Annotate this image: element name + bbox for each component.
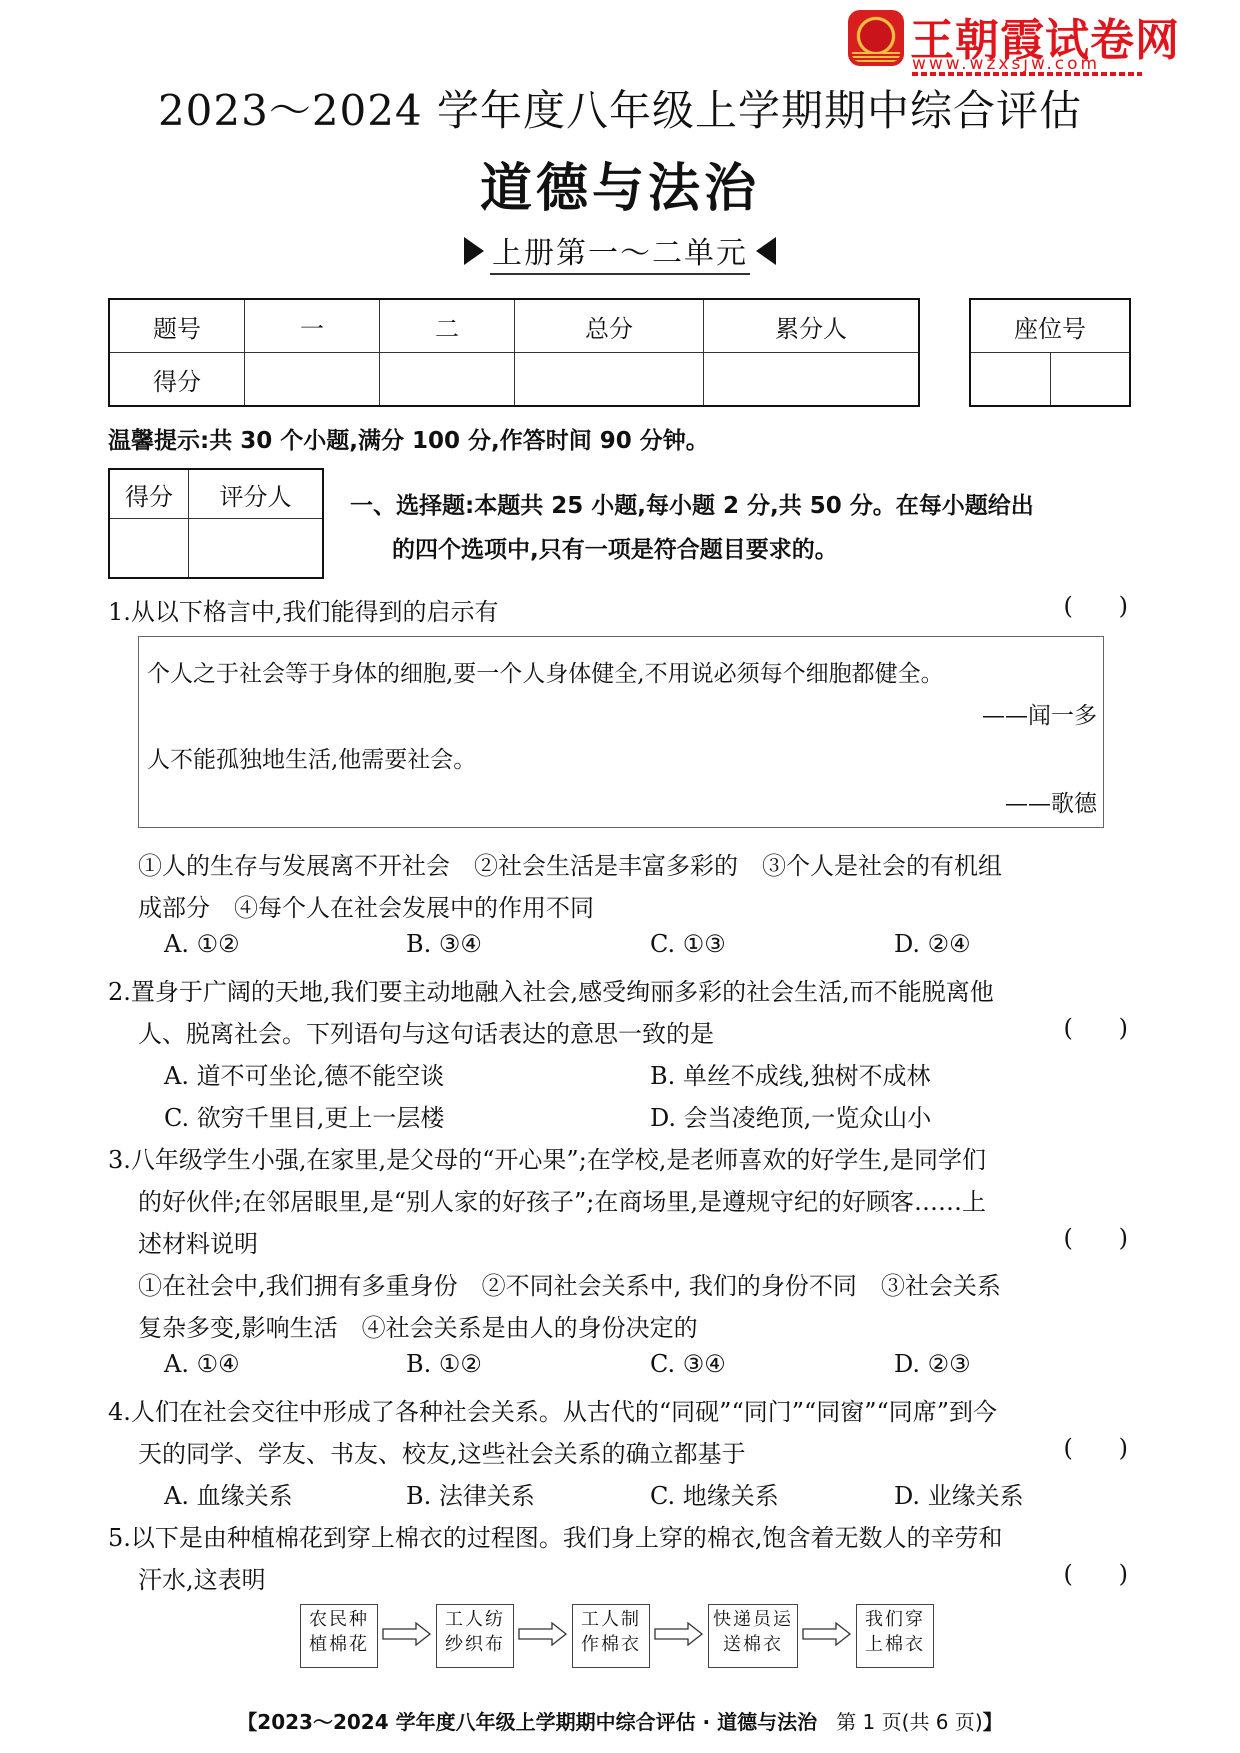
answer-blank[interactable]: ( )	[1064, 1014, 1129, 1042]
question-stem-cont: 天的同学、学友、书友、校友,这些社会关系的确立都基于	[138, 1434, 746, 1469]
option-b[interactable]: B. 法律关系	[406, 1476, 535, 1511]
statement-line: 成部分 ④每个人在社会发展中的作用不同	[138, 888, 594, 923]
question-stem-cont: 汗水,这表明	[138, 1560, 266, 1595]
score-entry-cell[interactable]	[704, 353, 920, 407]
option-b[interactable]: B. ③④	[406, 930, 482, 958]
flow-step-5: 我们穿上棉衣	[856, 1604, 934, 1668]
arrow-right-icon	[518, 1622, 568, 1646]
scope-text: 上册第一～二单元	[490, 236, 750, 275]
flow-step-1: 农民种植棉花	[300, 1604, 378, 1668]
option-a[interactable]: A. ①②	[164, 930, 240, 958]
question-stem: 1.从以下格言中,我们能得到的启示有	[108, 592, 499, 627]
grader-score-label: 得分	[109, 469, 189, 519]
page-number: 第 1 页(共 6 页)	[836, 1710, 982, 1734]
option-c[interactable]: C. ③④	[650, 1350, 726, 1378]
statement-line: ①人的生存与发展离不开社会 ②社会生活是丰富多彩的 ③个人是社会的有机组	[138, 846, 1002, 881]
wave-decoration	[912, 72, 1142, 76]
score-entry-cell[interactable]	[245, 353, 380, 407]
arrow-right-icon	[802, 1622, 852, 1646]
triangle-right-icon	[464, 237, 484, 265]
question-stem-cont: 的好伙伴;在邻居眼里,是“别人家的好孩子”;在商场里,是遵规守纪的好顾客……上	[138, 1182, 986, 1217]
answer-blank[interactable]: ( )	[1064, 592, 1129, 620]
seat-number-table: 座位号	[969, 298, 1131, 407]
arrow-right-icon	[654, 1622, 704, 1646]
section-heading-line2: 的四个选项中,只有一项是符合题目要求的。	[350, 528, 1130, 572]
score-row-label: 得分	[109, 353, 245, 407]
option-c[interactable]: C. ①③	[650, 930, 726, 958]
exam-title: 2023～2024 学年度八年级上学期期中综合评估	[0, 78, 1240, 138]
triangle-left-icon	[756, 237, 776, 265]
quote-text: 个人之于社会等于身体的细胞,要一个人身体健全,不用说必须每个细胞都健全。	[147, 655, 944, 688]
seat-entry-cell[interactable]	[970, 353, 1050, 407]
option-d[interactable]: D. 业缘关系	[894, 1476, 1024, 1511]
question-stem: 4.人们在社会交往中形成了各种社会关系。从古代的“同砚”“同门”“同窗”“同席”…	[108, 1392, 997, 1427]
option-a[interactable]: A. ①④	[164, 1350, 240, 1378]
grader-table: 得分 评分人	[108, 468, 324, 579]
grader-name-cell[interactable]	[189, 519, 324, 579]
grader-score-cell[interactable]	[109, 519, 189, 579]
watermark-url: www.wzxsjw.com	[912, 54, 1100, 74]
arrow-right-icon	[382, 1622, 432, 1646]
question-stem-cont: 人、脱离社会。下列语句与这句话表达的意思一致的是	[138, 1014, 714, 1049]
answer-blank[interactable]: ( )	[1064, 1224, 1129, 1252]
footer-exam-title: 2023～2024 学年度八年级上学期期中综合评估 · 道德与法治	[257, 1710, 817, 1734]
question-stem-cont: 述材料说明	[138, 1224, 258, 1259]
score-table: 题号 一 二 总分 累分人 得分	[108, 298, 920, 407]
quote-author: ——闻一多	[982, 697, 1097, 730]
subject-title: 道德与法治	[0, 146, 1240, 221]
score-header-cell: 题号	[109, 299, 245, 353]
section-heading-line1: 一、选择题:本题共 25 小题,每小题 2 分,共 50 分。在每小题给出	[350, 493, 1034, 519]
scope-banner: 上册第一～二单元	[0, 228, 1240, 272]
option-c[interactable]: C. 欲穷千里目,更上一层楼	[164, 1098, 444, 1133]
score-entry-cell[interactable]	[515, 353, 704, 407]
score-header-cell: 二	[380, 299, 515, 353]
option-a[interactable]: A. 道不可坐论,德不能空谈	[164, 1056, 444, 1091]
option-b[interactable]: B. 单丝不成线,独树不成林	[650, 1056, 931, 1091]
seat-label: 座位号	[970, 299, 1130, 353]
statement-line: 复杂多变,影响生活 ④社会关系是由人的身份决定的	[138, 1308, 698, 1343]
section-heading: 一、选择题:本题共 25 小题,每小题 2 分,共 50 分。在每小题给出 的四…	[350, 484, 1130, 572]
score-header-cell: 一	[245, 299, 380, 353]
quote-text: 人不能孤独地生活,他需要社会。	[147, 741, 476, 774]
option-b[interactable]: B. ①②	[406, 1350, 482, 1378]
option-a[interactable]: A. 血缘关系	[164, 1476, 293, 1511]
question-stem: 2.置身于广阔的天地,我们要主动地融入社会,感受绚丽多彩的社会生活,而不能脱离他	[108, 972, 994, 1007]
option-d[interactable]: D. ②③	[894, 1350, 971, 1378]
option-c[interactable]: C. 地缘关系	[650, 1476, 779, 1511]
seat-entry-cell[interactable]	[1050, 353, 1130, 407]
flow-step-3: 工人制作棉衣	[572, 1604, 650, 1668]
quote-author: ——歌德	[1005, 785, 1097, 818]
flow-step-4: 快递员运送棉衣	[708, 1604, 798, 1668]
option-d[interactable]: D. 会当凌绝顶,一览众山小	[650, 1098, 931, 1133]
score-entry-cell[interactable]	[380, 353, 515, 407]
option-d[interactable]: D. ②④	[894, 930, 971, 958]
medal-logo-icon	[848, 10, 904, 66]
grader-name-label: 评分人	[189, 469, 324, 519]
quote-box: 个人之于社会等于身体的细胞,要一个人身体健全,不用说必须每个细胞都健全。 ——闻…	[138, 636, 1104, 828]
watermark-logo: 王朝霞试卷网 www.wzxsjw.com	[848, 10, 1148, 76]
statement-line: ①在社会中,我们拥有多重身份 ②不同社会关系中, 我们的身份不同 ③社会关系	[138, 1266, 1001, 1301]
page-footer: 【2023～2024 学年度八年级上学期期中综合评估 · 道德与法治 第 1 页…	[0, 1706, 1240, 1735]
answer-blank[interactable]: ( )	[1064, 1434, 1129, 1462]
answer-blank[interactable]: ( )	[1064, 1560, 1129, 1588]
exam-tip: 温馨提示:共 30 个小题,满分 100 分,作答时间 90 分钟。	[108, 422, 709, 455]
question-stem: 3.八年级学生小强,在家里,是父母的“开心果”;在学校,是老师喜欢的好学生,是同…	[108, 1140, 986, 1175]
flow-step-2: 工人纺纱织布	[436, 1604, 514, 1668]
score-header-cell: 总分	[515, 299, 704, 353]
question-stem: 5.以下是由种植棉花到穿上棉衣的过程图。我们身上穿的棉衣,饱含着无数人的辛劳和	[108, 1518, 1003, 1553]
score-header-cell: 累分人	[704, 299, 920, 353]
